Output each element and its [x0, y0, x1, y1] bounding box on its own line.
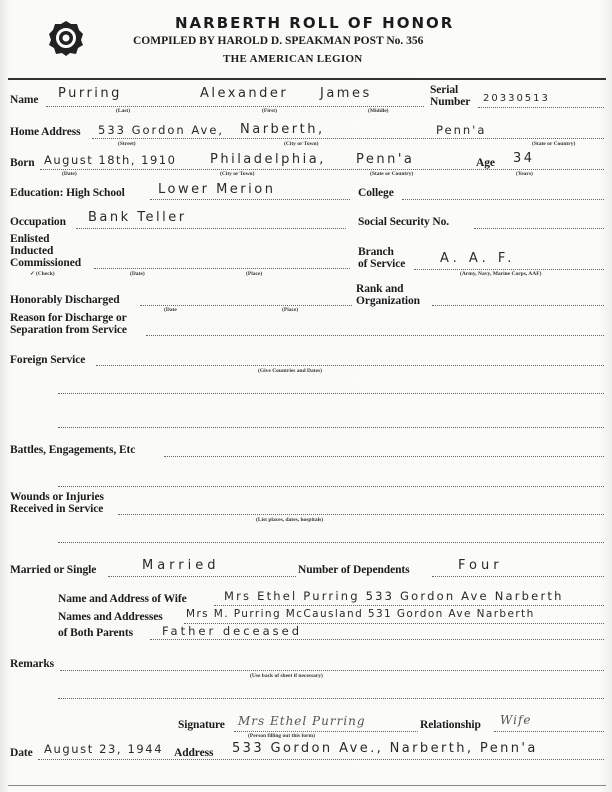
occupation-line: [76, 228, 346, 229]
battles-label: Battles, Engagements, Etc: [10, 444, 135, 456]
high-school-line: [150, 199, 350, 200]
occupation-field[interactable]: Bank Teller: [88, 210, 187, 225]
birth-city-hint: (City or Town): [220, 171, 254, 177]
american-legion-emblem-icon: [48, 20, 84, 56]
married-line: [108, 576, 296, 577]
check-hint: ✓ (Check): [30, 271, 55, 277]
form-title: NARBERTH ROLL OF HONOR: [175, 14, 454, 32]
city-field[interactable]: Narberth,: [240, 122, 325, 137]
last-name-field[interactable]: Purring: [58, 86, 122, 101]
relationship-label: Relationship: [420, 719, 481, 731]
first-hint: (First): [262, 108, 277, 114]
born-label: Born: [10, 157, 35, 169]
home-address-line: [92, 138, 604, 139]
parents-label-1: Names and Addresses: [58, 611, 163, 623]
remarks-hint: (Use back of sheet if necessary): [250, 673, 323, 679]
enlisted-label: Enlisted: [10, 233, 49, 245]
parents-field-1[interactable]: Mrs M. Purring McCausland 531 Gordon Ave…: [186, 608, 535, 620]
inducted-label: Inducted: [10, 245, 53, 257]
relationship-line: [494, 731, 604, 732]
ssn-line: [474, 228, 604, 229]
serial-number-field[interactable]: 20330513: [483, 93, 550, 104]
remarks-line-2: [58, 698, 604, 699]
header-divider: [8, 78, 606, 80]
discharge-date-hint: (Date: [164, 307, 177, 313]
signature-line: [234, 731, 418, 732]
commissioned-label: Commissioned: [10, 257, 81, 269]
serial-label-2: Number: [430, 96, 470, 108]
name-label: Name: [10, 94, 38, 106]
first-name-field[interactable]: Alexander: [200, 86, 288, 101]
battles-line-2: [58, 486, 604, 487]
parents-label-2: of Both Parents: [58, 627, 133, 639]
serial-line: [478, 107, 604, 108]
state-hint: (State or Country): [532, 141, 575, 147]
reason-line: [146, 335, 604, 336]
serial-label-1: Serial: [430, 84, 458, 96]
signature-hint: (Person filling out this form): [248, 733, 315, 739]
date-label: Date: [10, 747, 33, 759]
remarks-label: Remarks: [10, 658, 54, 670]
battles-line-1: [164, 456, 604, 457]
foreign-service-label: Foreign Service: [10, 354, 85, 366]
birth-city-field[interactable]: Philadelphia,: [210, 152, 326, 167]
wounds-label-1: Wounds or Injuries: [10, 491, 104, 503]
name-line: [46, 106, 424, 107]
branch-label-1: Branch: [358, 246, 394, 258]
footer-edge: [8, 785, 606, 786]
address-label: Address: [174, 747, 213, 759]
dependents-line: [432, 576, 604, 577]
birth-date-field[interactable]: August 18th, 1910: [44, 153, 176, 167]
dependents-field[interactable]: Four: [458, 558, 503, 573]
date-field[interactable]: August 23, 1944: [44, 742, 163, 756]
city-hint: (City or Town): [284, 141, 318, 147]
parents-line-2: [150, 639, 604, 640]
parents-field-2[interactable]: Father deceased: [162, 624, 302, 638]
reason-label-2: Separation from Service: [10, 324, 127, 336]
education-label: Education: High School: [10, 187, 125, 199]
middle-name-field[interactable]: James: [320, 86, 372, 101]
high-school-field[interactable]: Lower Merion: [158, 182, 275, 197]
signature-field[interactable]: Mrs Ethel Purring: [238, 714, 366, 728]
born-line: [40, 169, 604, 170]
rank-label-1: Rank and: [356, 283, 403, 295]
married-label: Married or Single: [10, 564, 96, 576]
address-field[interactable]: 533 Gordon Ave., Narberth, Penn'a: [232, 741, 538, 756]
wife-line: [214, 605, 604, 606]
street-hint: (Street): [118, 141, 136, 147]
street-field[interactable]: 533 Gordon Ave,: [98, 123, 224, 137]
occupation-label: Occupation: [10, 216, 66, 228]
birth-date-hint: (Date): [62, 171, 77, 177]
age-field[interactable]: 34: [513, 151, 535, 166]
home-address-label: Home Address: [10, 126, 80, 138]
college-label: College: [358, 187, 394, 199]
married-field[interactable]: Married: [142, 558, 220, 573]
foreign-service-hint: (Give Countries and Dates): [258, 368, 322, 374]
wounds-line-2: [58, 542, 604, 543]
discharged-label: Honorably Discharged: [10, 294, 120, 306]
wounds-line-1: [118, 514, 604, 515]
foreign-service-line-3: [58, 427, 604, 428]
age-hint: (Years): [516, 171, 533, 177]
form-subtitle: COMPILED BY HAROLD D. SPEAKMAN POST No. …: [133, 35, 423, 47]
signature-label: Signature: [178, 719, 225, 731]
foreign-service-line-2: [58, 393, 604, 394]
form-page: NARBERTH ROLL OF HONOR COMPILED BY HAROL…: [0, 0, 612, 792]
rank-line: [432, 305, 604, 306]
ssn-label: Social Security No.: [358, 216, 449, 228]
birth-state-hint: (State or Country): [370, 171, 413, 177]
wounds-label-2: Received in Service: [10, 503, 103, 515]
wife-label: Name and Address of Wife: [58, 593, 187, 605]
birth-state-field[interactable]: Penn'a: [356, 152, 414, 167]
enlist-place-hint: (Place): [246, 271, 262, 277]
age-label: Age: [476, 157, 495, 169]
discharge-place-hint: (Place): [282, 307, 298, 313]
state-field[interactable]: Penn'a: [436, 123, 486, 137]
discharged-line: [140, 305, 352, 306]
branch-label-2: of Service: [358, 258, 405, 270]
foreign-service-line-1: [96, 365, 604, 366]
middle-hint: (Middle): [368, 108, 388, 114]
branch-line: [414, 269, 604, 270]
rank-label-2: Organization: [356, 295, 420, 307]
dependents-label: Number of Dependents: [298, 564, 410, 576]
branch-hint: (Army, Navy, Marine Corps, AAF): [460, 271, 541, 277]
organization-name: THE AMERICAN LEGION: [223, 53, 363, 65]
enlist-date-hint: (Date): [130, 271, 145, 277]
wounds-hint: (List places, dates, hospitals): [256, 517, 323, 523]
branch-field[interactable]: A. A. F.: [440, 251, 515, 266]
last-hint: (Last): [116, 108, 130, 114]
relationship-field[interactable]: Wife: [500, 713, 532, 727]
wife-field[interactable]: Mrs Ethel Purring 533 Gordon Ave Narbert…: [224, 589, 564, 603]
date-address-line: [38, 759, 604, 760]
college-line: [402, 199, 604, 200]
reason-label-1: Reason for Discharge or: [10, 312, 127, 324]
remarks-line-1: [60, 670, 604, 671]
enlistment-line: [94, 268, 350, 269]
